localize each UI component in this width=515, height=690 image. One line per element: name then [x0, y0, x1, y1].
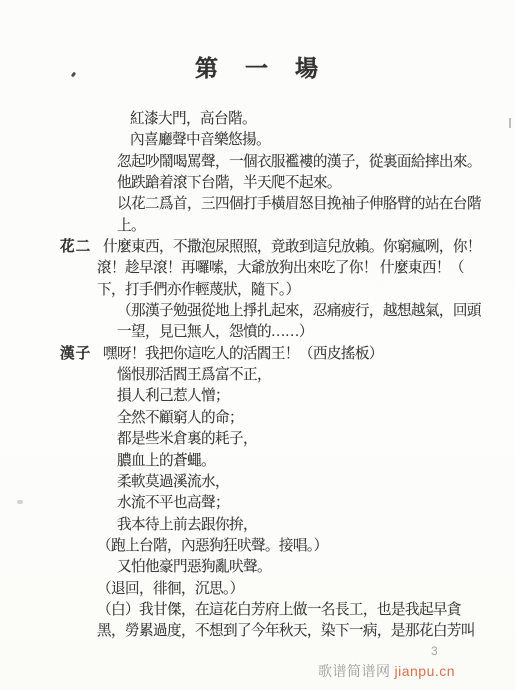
speaker-label: 花二	[60, 237, 103, 258]
dialogue-line: 黑，勞累過度，不想到了今年秋天，染下一病，是那花白芳叫	[0, 621, 515, 642]
page-number: 3	[431, 644, 438, 658]
stage-direction-line: 上。	[0, 216, 515, 237]
dialogue-line: 滾！趁早滾！再囉嗦，大爺放狗出來吃了你！ 什麼東西！（	[0, 258, 515, 279]
dialogue-line: 下，打手們亦作輕蔑狀，隨下。）	[0, 280, 515, 301]
verse-line: 水流不平也高聲；	[0, 493, 515, 514]
verse-line: 都是些米倉裏的耗子，	[0, 429, 515, 450]
verse-line: 全然不顧窮人的命；	[0, 408, 515, 429]
stage-direction-line: 他跌蹌着滾下台階，半天爬不起來。	[0, 173, 515, 194]
verse-line: 惱恨那活閻王爲富不正，	[0, 365, 515, 386]
stage-direction-line: 內喜廳聲中音樂悠揚。	[0, 130, 515, 151]
stage-direction-line: 以花二爲首，三四個打手橫眉怒目挽袖子伸胳臂的站在台階	[0, 194, 515, 215]
verse-line: 又怕他豪門惡狗亂吠聲。	[0, 557, 515, 578]
stage-direction-line: 忽起吵鬧喝罵聲，一個衣服襤褸的漢子，從裏面給摔出來。	[0, 152, 515, 173]
stage-direction-line: （退回，徘徊，沉思。）	[0, 579, 515, 600]
dialogue-text: 嘿呀！我把你這吃人的活閻王！（西皮搖板）	[103, 346, 383, 362]
script-text-block: 紅漆大門，高台階。 內喜廳聲中音樂悠揚。 忽起吵鬧喝罵聲，一個衣服襤褸的漢子，從…	[0, 109, 515, 643]
verse-line: 柔軟莫過溪流水，	[0, 472, 515, 493]
stage-direction-line: （跑上台階，內惡狗狂吠聲。接唱。）	[0, 536, 515, 557]
dialogue-line: 漢子嘿呀！我把你這吃人的活閻王！（西皮搖板）	[0, 344, 515, 365]
dialogue-line: （白）我甘傑，在這花白芳府上做一名長工，也是我起早貪	[0, 600, 515, 621]
watermark: 歌谱简谱网jianpu.cn	[318, 661, 455, 681]
page-title: 第 一 場	[0, 54, 515, 84]
verse-line: 損人利己惹人憎；	[0, 386, 515, 407]
verse-line: 我本待上前去跟你拚，	[0, 515, 515, 536]
watermark-site-name: 歌谱简谱网	[318, 663, 391, 679]
verse-line: 膿血上的蒼蠅。	[0, 451, 515, 472]
scanned-script-page: 第 一 場 紅漆大門，高台階。 內喜廳聲中音樂悠揚。 忽起吵鬧喝罵聲，一個衣服襤…	[0, 0, 515, 690]
dialogue-line: 花二什麼東西，不撒泡尿照照，竟敢到這兒放賴。你窮瘋咧，你！	[0, 237, 515, 258]
dialogue-text: 什麼東西，不撒泡尿照照，竟敢到這兒放賴。你窮瘋咧，你！	[103, 239, 481, 255]
watermark-site-url-link[interactable]: jianpu.cn	[395, 663, 456, 679]
speaker-label: 漢子	[60, 344, 103, 365]
stage-direction-line: （那漢子勉强從地上掙扎起來，忍痛疲行，越想越氣，回頭	[0, 301, 515, 322]
stage-direction-line: 紅漆大門，高台階。	[0, 109, 515, 130]
stage-direction-line: 一望，見已無人，怨憤的……）	[0, 322, 515, 343]
